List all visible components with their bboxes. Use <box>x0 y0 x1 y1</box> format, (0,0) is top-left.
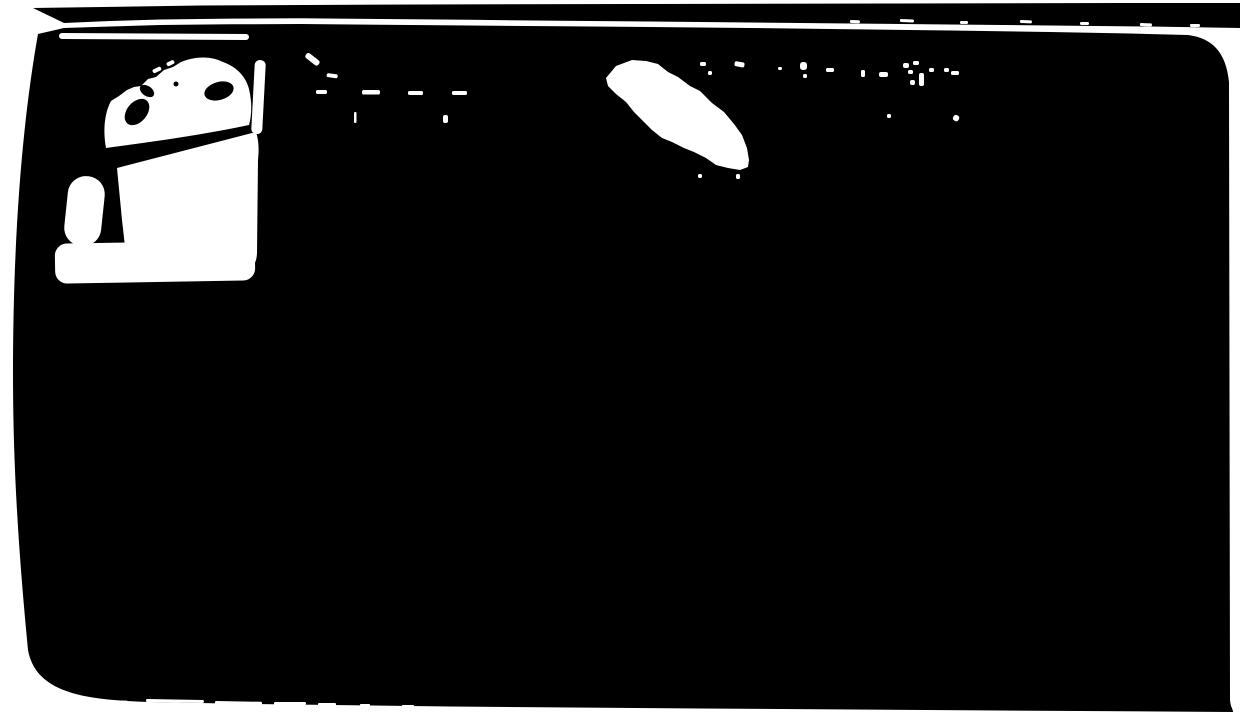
speck <box>408 91 423 95</box>
scene-svg <box>0 0 1240 724</box>
speck <box>1140 23 1152 26</box>
speck <box>316 90 327 94</box>
speck <box>850 20 860 23</box>
head-dot <box>174 82 179 87</box>
speck <box>1190 24 1200 27</box>
speck <box>900 19 914 22</box>
speck <box>903 63 909 68</box>
speck <box>861 70 865 77</box>
speck <box>1020 20 1032 23</box>
speck <box>318 703 336 706</box>
speck <box>708 71 712 75</box>
speck <box>362 90 380 95</box>
speck <box>452 91 467 95</box>
speck <box>951 71 959 75</box>
light-streak-short <box>62 36 246 37</box>
speck <box>929 68 934 72</box>
speck <box>700 62 706 66</box>
speck <box>698 174 702 178</box>
speck <box>800 62 807 70</box>
speck <box>910 80 915 85</box>
speck <box>879 72 888 77</box>
binarized-photo-canvas <box>0 0 1240 724</box>
speck <box>803 74 807 78</box>
speck <box>908 70 913 74</box>
speck <box>887 114 891 118</box>
speck <box>913 61 919 65</box>
speck <box>778 67 782 70</box>
speck <box>736 174 740 179</box>
speck <box>919 73 924 86</box>
speck <box>826 68 834 72</box>
speck <box>360 704 370 706</box>
speck <box>354 112 357 123</box>
speck <box>443 115 448 123</box>
speck <box>1080 22 1089 25</box>
speck <box>944 68 949 72</box>
speck <box>274 702 306 705</box>
speck <box>960 21 968 24</box>
speck <box>402 705 414 707</box>
figurine-base <box>55 240 256 283</box>
